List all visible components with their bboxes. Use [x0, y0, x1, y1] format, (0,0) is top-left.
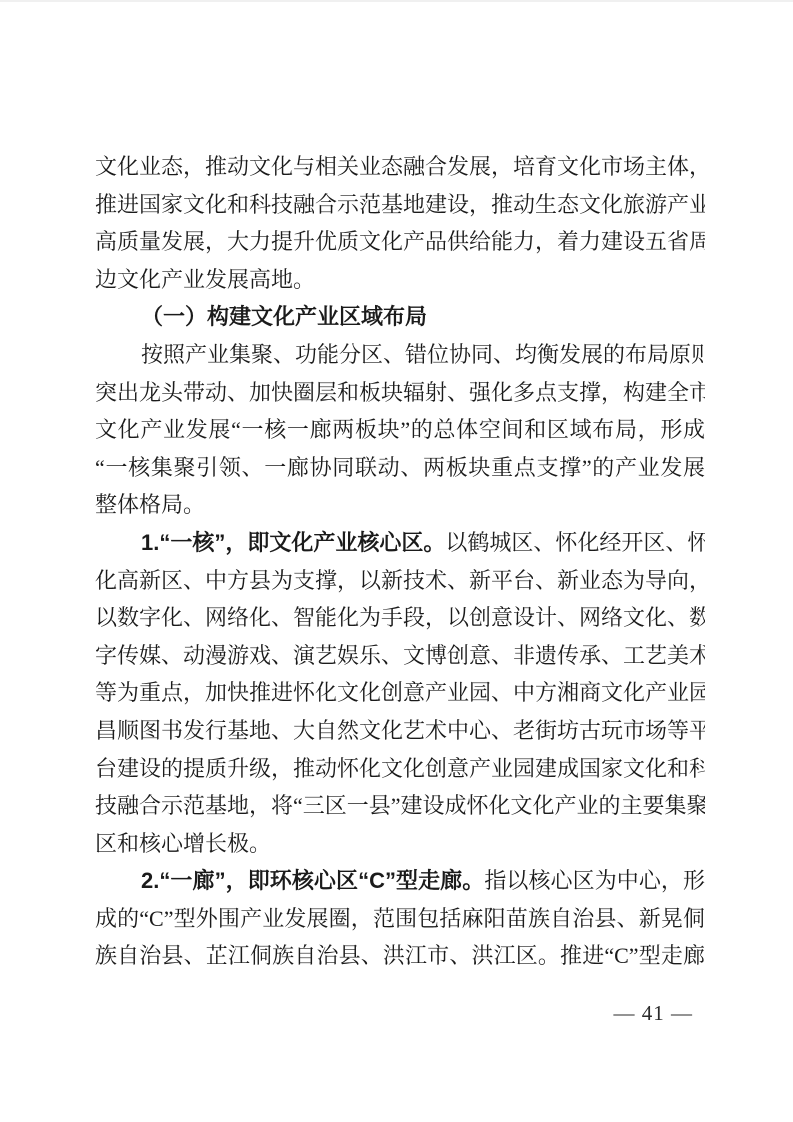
text-line: 字传媒、动漫游戏、演艺娱乐、文博创意、非遗传承、工艺美术	[95, 637, 705, 675]
text-line: 族自治县、芷江侗族自治县、洪江市、洪江区。推进“C”型走廊	[95, 937, 705, 975]
text-line: 等为重点，加快推进怀化文化创意产业园、中方湘商文化产业园、	[95, 674, 705, 712]
section-heading: （一）构建文化产业区域布局	[95, 298, 705, 336]
document-page: 文化业态，推动文化与相关业态融合发展，培育文化市场主体， 推进国家文化和科技融合…	[0, 0, 793, 1122]
text-line: 按照产业集聚、功能分区、错位协同、均衡发展的布局原则，	[95, 336, 705, 374]
text-line: 突出龙头带动、加快圈层和板块辐射、强化多点支撑，构建全市	[95, 374, 705, 412]
text-line: 化高新区、中方县为支撑，以新技术、新平台、新业态为导向，	[95, 562, 705, 600]
text-line: 推进国家文化和科技融合示范基地建设，推动生态文化旅游产业	[95, 186, 705, 224]
text-line: 整体格局。	[95, 486, 705, 524]
text-line: 台建设的提质升级，推动怀化文化创意产业园建成国家文化和科	[95, 750, 705, 788]
text-line: 昌顺图书发行基地、大自然文化艺术中心、老街坊古玩市场等平	[95, 712, 705, 750]
text-line: “一核集聚引领、一廊协同联动、两板块重点支撑”的产业发展	[95, 449, 705, 487]
page-number: — 41 —	[0, 1000, 693, 1026]
scan-artifact-line	[0, 0, 793, 2]
text-line: 边文化产业发展高地。	[95, 261, 705, 299]
text-line: 区和核心增长极。	[95, 825, 705, 863]
text-line: 文化业态，推动文化与相关业态融合发展，培育文化市场主体，	[95, 148, 705, 186]
text-line: 成的“C”型外围产业发展圈，范围包括麻阳苗族自治县、新晃侗	[95, 900, 705, 938]
numbered-item-lead: 1.“一核”，即文化产业核心区。以鹤城区、怀化经开区、怀	[95, 524, 705, 562]
numbered-item-lead: 2.“一廊”，即环核心区“C”型走廊。指以核心区为中心，形	[95, 862, 705, 900]
text-line: 技融合示范基地，将“三区一县”建设成怀化文化产业的主要集聚	[95, 787, 705, 825]
body-text-block: 文化业态，推动文化与相关业态融合发展，培育文化市场主体， 推进国家文化和科技融合…	[95, 148, 705, 975]
text-line: 高质量发展，大力提升优质文化产品供给能力，着力建设五省周	[95, 223, 705, 261]
text-line: 以数字化、网络化、智能化为手段，以创意设计、网络文化、数	[95, 599, 705, 637]
text-line: 文化产业发展“一核一廊两板块”的总体空间和区域布局，形成	[95, 411, 705, 449]
